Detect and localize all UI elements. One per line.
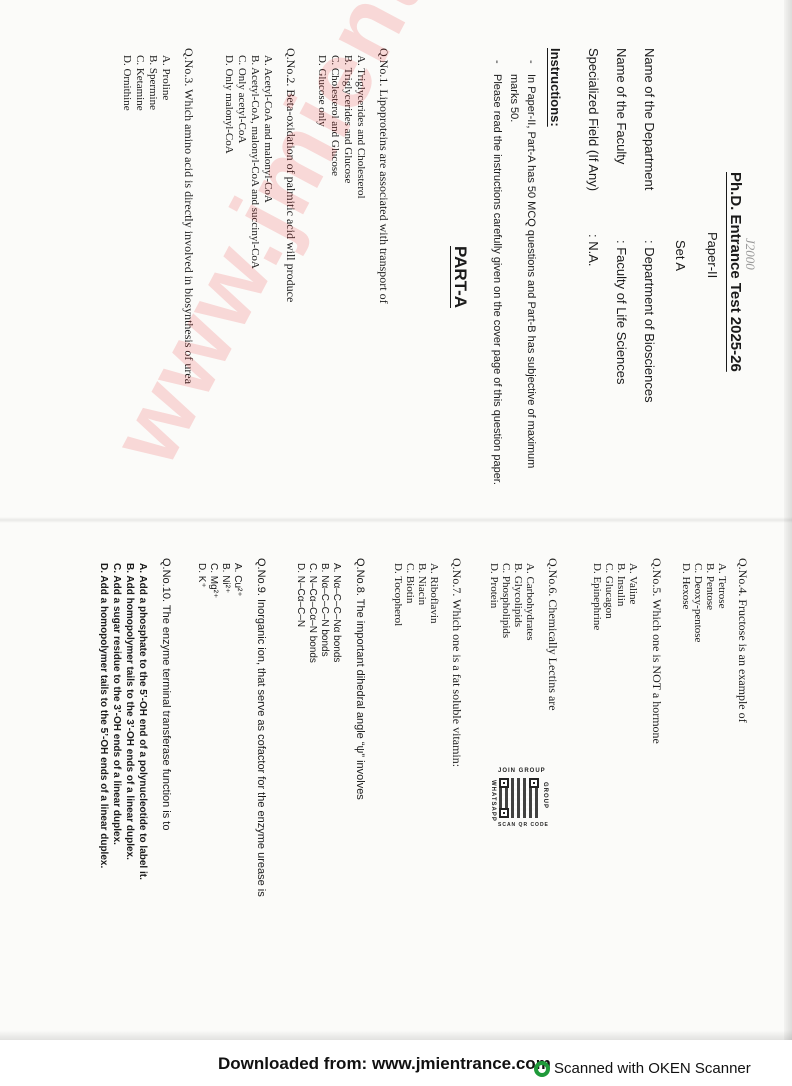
question-8: Q.No.8. The important dihedral angle “ψ”… bbox=[354, 558, 365, 800]
field-value-specialized: : N.A. bbox=[587, 234, 600, 267]
instruction-bullet-2: - bbox=[491, 60, 502, 64]
exam-title: Ph.D. Entrance Test 2025-26 bbox=[728, 172, 743, 372]
q3-option-c: C. Ketamine bbox=[134, 55, 145, 111]
question-6: Q.No.6. Chemically Lectins are bbox=[547, 558, 559, 711]
q3-option-b: B. Spermine bbox=[147, 55, 158, 110]
q7-option-a: A. Riboflavin bbox=[428, 563, 439, 624]
field-value-faculty: : Faculty of Life Sciences bbox=[615, 240, 628, 385]
qr-finder-icon bbox=[529, 778, 539, 788]
q9-option-d: D. K⁺ bbox=[196, 563, 206, 588]
q9-option-a: A. Cu²⁺ bbox=[232, 563, 242, 597]
qr-label-top: JOIN GROUP bbox=[498, 768, 546, 774]
q6-option-b: B. Glycolipids bbox=[512, 563, 523, 627]
q3-option-d: D. Ornithine bbox=[121, 55, 132, 111]
oken-scanner-logo-icon bbox=[534, 1061, 550, 1077]
page-fold bbox=[0, 517, 792, 523]
question-5: Q.No.5. Which one is NOT a hormone bbox=[651, 558, 663, 744]
qr-finder-icon bbox=[499, 808, 509, 818]
q10-option-b: B. Add homopolymer tails to the 3’-OH en… bbox=[124, 563, 134, 860]
instruction-1-line1: In Paper-II, Part-A has 50 MCQ questions… bbox=[525, 74, 536, 468]
instructions-heading: Instructions: bbox=[549, 48, 562, 127]
q10-option-a: A. Add a phosphate to the 5’-OH end of a… bbox=[137, 563, 147, 880]
q4-option-d: D. Hexose bbox=[680, 563, 691, 609]
q8-option-c: C. N–Cα–Cα–N bonds bbox=[307, 563, 317, 663]
q7-option-b: B. Niacin bbox=[416, 563, 427, 605]
set-label: Set A bbox=[674, 240, 687, 271]
q3-option-a: A. Proline bbox=[160, 55, 171, 100]
part-a-heading: PART-A bbox=[452, 246, 469, 308]
q4-option-a: A. Tetrose bbox=[716, 563, 727, 608]
q5-option-c: C. Glucagon bbox=[603, 563, 614, 619]
field-label-department: Name of the Department bbox=[643, 48, 656, 190]
q5-option-a: A. Valine bbox=[627, 563, 638, 604]
q8-option-a: A. Nα–C–C–Nα bonds bbox=[331, 563, 341, 662]
q5-option-d: D. Epinephrine bbox=[591, 563, 602, 630]
q5-option-b: B. Insulin bbox=[615, 563, 626, 606]
q6-option-c: C. Phospholipids bbox=[500, 563, 511, 638]
q8-option-b: B. Nα–C–C–N bonds bbox=[319, 563, 329, 657]
q7-option-c: C. Biotin bbox=[404, 563, 415, 603]
q9-option-b: B. Ni²⁺ bbox=[220, 563, 230, 593]
scanner-credit-text: Scanned with OKEN Scanner bbox=[554, 1060, 751, 1077]
whatsapp-qr-code[interactable]: JOIN GROUP WHATSAPP GROUP SCAN QR CODE bbox=[490, 768, 550, 842]
question-9: Q.No.9. Inorganic ion, that serve as cof… bbox=[255, 558, 266, 897]
question-7: Q.No.7. Which one is a fat soluble vitam… bbox=[451, 558, 463, 767]
q7-option-d: D. Tocopherol bbox=[392, 563, 403, 626]
q2-option-d: D. Only malonyl-CoA bbox=[223, 55, 234, 154]
question-10: Q.No.10. The enzyme terminal transferase… bbox=[160, 558, 171, 830]
field-label-faculty: Name of the Faculty bbox=[615, 48, 628, 164]
q9-option-c: C. Mg²⁺ bbox=[208, 563, 218, 598]
q6-option-d: D. Protein bbox=[488, 563, 499, 608]
download-source-text: Downloaded from: www.jmientrance.com bbox=[218, 1054, 551, 1074]
q10-option-d: D. Add a homopolymer tails to the 5’-OH … bbox=[98, 563, 108, 868]
q6-option-a: A. Carbohydrates bbox=[524, 563, 535, 641]
paper-label: Paper-II bbox=[706, 232, 719, 278]
q8-option-d: D. N–Cα–C–N bbox=[295, 563, 305, 627]
qr-label-right: GROUP bbox=[542, 782, 548, 809]
instruction-1-line2: marks 50. bbox=[508, 74, 519, 122]
question-4: Q.No.4. Fructose is an example of bbox=[737, 558, 749, 723]
qr-label-left: WHATSAPP bbox=[490, 780, 496, 822]
field-label-specialized: Specialized Field (If Any) bbox=[587, 48, 600, 191]
q4-option-b: B. Pentose bbox=[704, 563, 715, 610]
qr-finder-icon bbox=[499, 778, 509, 788]
page-bottom-shadow bbox=[0, 1030, 792, 1040]
instruction-2-line1: Please read the instructions carefully g… bbox=[491, 74, 502, 485]
instruction-bullet-1: - bbox=[525, 60, 536, 64]
scanner-credit: Scanned with OKEN Scanner bbox=[548, 1060, 751, 1077]
q4-option-c: C. Deoxy-pentose bbox=[692, 563, 703, 642]
q10-option-c: C. Add a sugar residue to the 3’-OH ends… bbox=[111, 563, 121, 845]
q2-option-c: C. Only acetyl-CoA bbox=[236, 55, 247, 143]
field-value-department: : Department of Biosciences bbox=[643, 240, 656, 403]
page-footer: Downloaded from: www.jmientrance.com Sca… bbox=[0, 1040, 792, 1086]
qr-label-bottom: SCAN QR CODE bbox=[498, 822, 549, 828]
scanned-page: J2000 Ph.D. Entrance Test 2025-26 Paper-… bbox=[0, 0, 792, 1040]
page-stamp: J2000 bbox=[744, 238, 757, 270]
